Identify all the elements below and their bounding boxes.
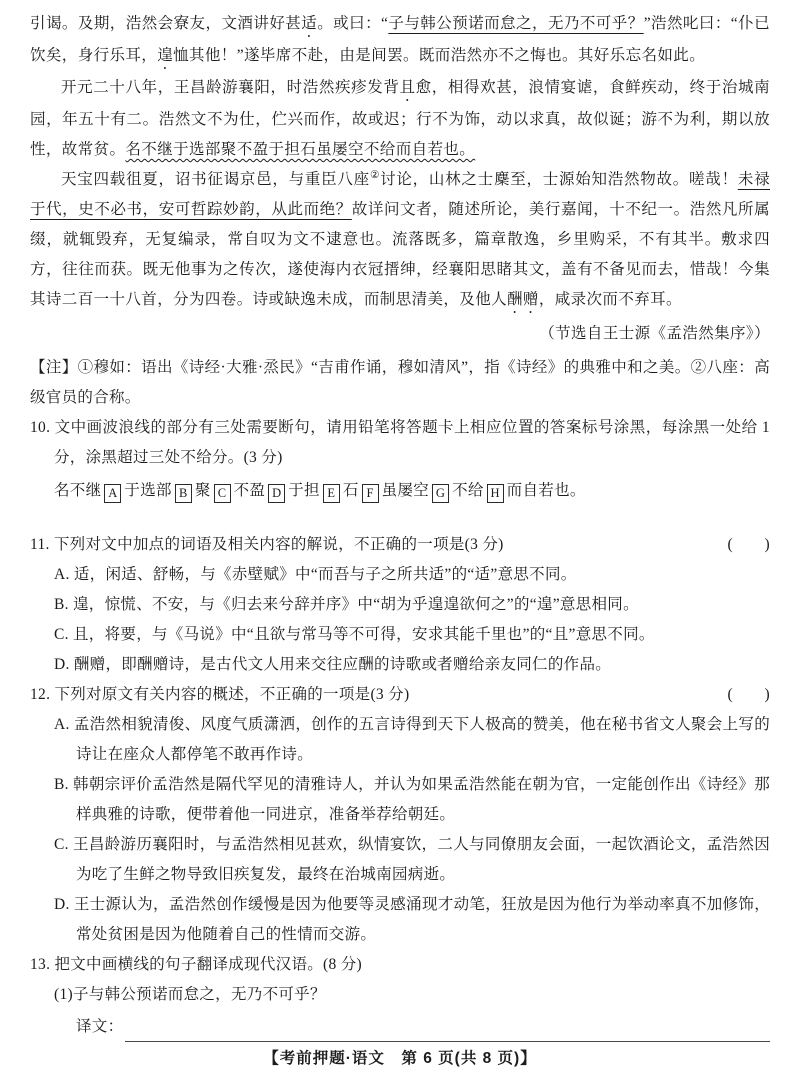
text-run: 讨论，山林之士麇至，士源始知浩然物故。嗟哉！ [380, 171, 738, 188]
answer-letter-box-D: D [268, 484, 285, 503]
emphasis-dot-text: 适 [301, 15, 317, 32]
emphasis-dot-text: 且 [399, 79, 415, 96]
passage-paragraph-3: 天宝四载徂夏，诏书征谒京邑，与重臣八座②讨论，山林之士麇至，士源始知浩然物故。嗟… [30, 165, 770, 317]
translation-blank-line [125, 1019, 770, 1042]
passage-paragraph-1: 引谒。及期，浩然会寮友，文酒讲好甚适。或曰：“子与韩公预诺而怠之，无乃不可乎？”… [30, 9, 770, 73]
emphasis-dot-text: 酬赠 [507, 291, 539, 308]
question-12-prompt-row: 12. 下列对原文有关内容的概述，不正确的一项是(3 分) ( ) [30, 680, 770, 710]
reading-passage: 引谒。及期，浩然会寮友，文酒讲好甚适。或曰：“子与韩公预诺而怠之，无乃不可乎？”… [30, 9, 770, 351]
text-run: 虽屡空 [382, 482, 429, 499]
question-12-option-d: D. 王士源认为，孟浩然创作缓慢是因为他要等灵感涌现才动笔，狂放是因为他行为举动… [54, 890, 770, 950]
text-run: 而自若也。 [507, 482, 586, 499]
text-run: 恤其他！”遂毕席不赴，由是间罢。既而浩然亦不之悔也。其好乐忘名如此。 [173, 47, 705, 64]
answer-letter-box-G: G [432, 484, 449, 503]
passage-attribution: （节选自王士源《孟浩然集序》） [30, 319, 770, 349]
question-11-prompt-row: 11. 下列对文中加点的词语及相关内容的解说，不正确的一项是(3 分) ( ) [30, 530, 770, 560]
question-13-sub-1: (1)子与韩公预诺而怠之，无乃不可乎？ [54, 980, 770, 1010]
question-11-option-d: D. 酬赠，即酬赠诗，是古代文人用来交往应酬的诗歌或者赠给亲友同仁的作品。 [54, 650, 770, 680]
exam-page: { "passage": { "para1": [ {"y":"p","t":"… [0, 0, 800, 1076]
answer-letter-box-F: F [362, 484, 379, 503]
question-10-segmentation-line: 名不继A于选部B聚C不盈D于担E石F虽屡空G不给H而自若也。 [54, 476, 770, 506]
question-10: 10. 文中画波浪线的部分有三处需要断句，请用铅笔将答题卡上相应位置的答案标号涂… [30, 413, 770, 518]
question-11-option-c: C. 且，将要，与《马说》中“且欲与常马等不可得，安求其能千里也”的“且”意思不… [54, 620, 770, 650]
question-12-option-a: A. 孟浩然相貌清俊、风度气质潇洒，创作的五言诗得到天下人极高的赞美，他在秘书省… [54, 710, 770, 770]
text-run: ，咸录次而不弃耳。 [539, 291, 682, 308]
page-footer: 【考前押题·语文 第 6 页(共 8 页)】 [30, 1046, 770, 1068]
question-10-prompt: 10. 文中画波浪线的部分有三处需要断句，请用铅笔将答题卡上相应位置的答案标号涂… [30, 413, 770, 473]
answer-letter-box-A: A [104, 484, 121, 503]
text-run: 石 [343, 482, 359, 499]
question-12: 12. 下列对原文有关内容的概述，不正确的一项是(3 分) ( ) A. 孟浩然… [30, 680, 770, 950]
answer-letter-box-C: C [214, 484, 231, 503]
text-run: 。或曰：“ [317, 15, 388, 32]
emphasis-dot-text: 遑 [157, 47, 173, 64]
question-11-prompt: 11. 下列对文中加点的词语及相关内容的解说，不正确的一项是(3 分) [30, 530, 719, 560]
answer-letter-box-H: H [487, 484, 504, 503]
question-11-answer-slot: ( ) [727, 530, 770, 560]
footnote-block: 【注】①穆如：语出《诗经·大雅·烝民》“吉甫作诵，穆如清风”，指《诗经》的典雅中… [30, 353, 770, 413]
text-run: 天宝四载徂夏，诏书征谒京邑，与重臣八座 [61, 171, 370, 188]
question-12-option-b: B. 韩朝宗评价孟浩然是隔代罕见的清雅诗人，并认为如果孟浩然能在朝为官，一定能创… [54, 770, 770, 830]
footnote-superscript: ② [370, 170, 380, 181]
text-run: 不盈 [234, 482, 266, 499]
question-11: 11. 下列对文中加点的词语及相关内容的解说，不正确的一项是(3 分) ( ) … [30, 530, 770, 680]
answer-letter-box-E: E [323, 484, 340, 503]
question-13: 13. 把文中画横线的句子翻译成现代汉语。(8 分) (1)子与韩公预诺而怠之，… [30, 950, 770, 1042]
passage-paragraph-2: 开元二十八年，王昌龄游襄阳，时浩然疾疹发背且愈，相得欢甚，浪情宴谑，食鲜疾动，终… [30, 73, 770, 165]
text-run: 名不继 [54, 482, 101, 499]
question-13-prompt: 13. 把文中画横线的句子翻译成现代汉语。(8 分) [30, 950, 770, 980]
question-13-translation-row: 译文： [76, 1012, 770, 1042]
question-11-option-a: A. 适，闲适、舒畅，与《赤壁赋》中“而吾与子之所共适”的“适”意思不同。 [54, 560, 770, 590]
text-run: 于选部 [124, 482, 171, 499]
underlined-text: 子与韩公预诺而怠之，无乃不可乎？ [388, 15, 643, 32]
text-run: 开元二十八年，王昌龄游襄阳，时浩然疾疹发背 [61, 79, 399, 96]
question-12-answer-slot: ( ) [727, 680, 770, 710]
translation-label: 译文： [76, 1012, 123, 1042]
question-12-option-c: C. 王昌龄游历襄阳时，与孟浩然相见甚欢，纵情宴饮，二人与同僚朋友会面，一起饮酒… [54, 830, 770, 890]
answer-letter-box-B: B [175, 484, 192, 503]
wavy-underlined-text: 名不继于选部聚不盈于担石虽屡空不给而自若也。 [125, 141, 475, 158]
text-run: 引谒。及期，浩然会寮友，文酒讲好甚 [30, 15, 301, 32]
text-run: 不给 [452, 482, 484, 499]
text-run: 于担 [288, 482, 320, 499]
question-11-option-b: B. 遑，惊慌、不安，与《归去来兮辞并序》中“胡为乎遑遑欲何之”的“遑”意思相同… [54, 590, 770, 620]
text-run: 聚 [195, 482, 211, 499]
question-12-prompt: 12. 下列对原文有关内容的概述，不正确的一项是(3 分) [30, 680, 719, 710]
